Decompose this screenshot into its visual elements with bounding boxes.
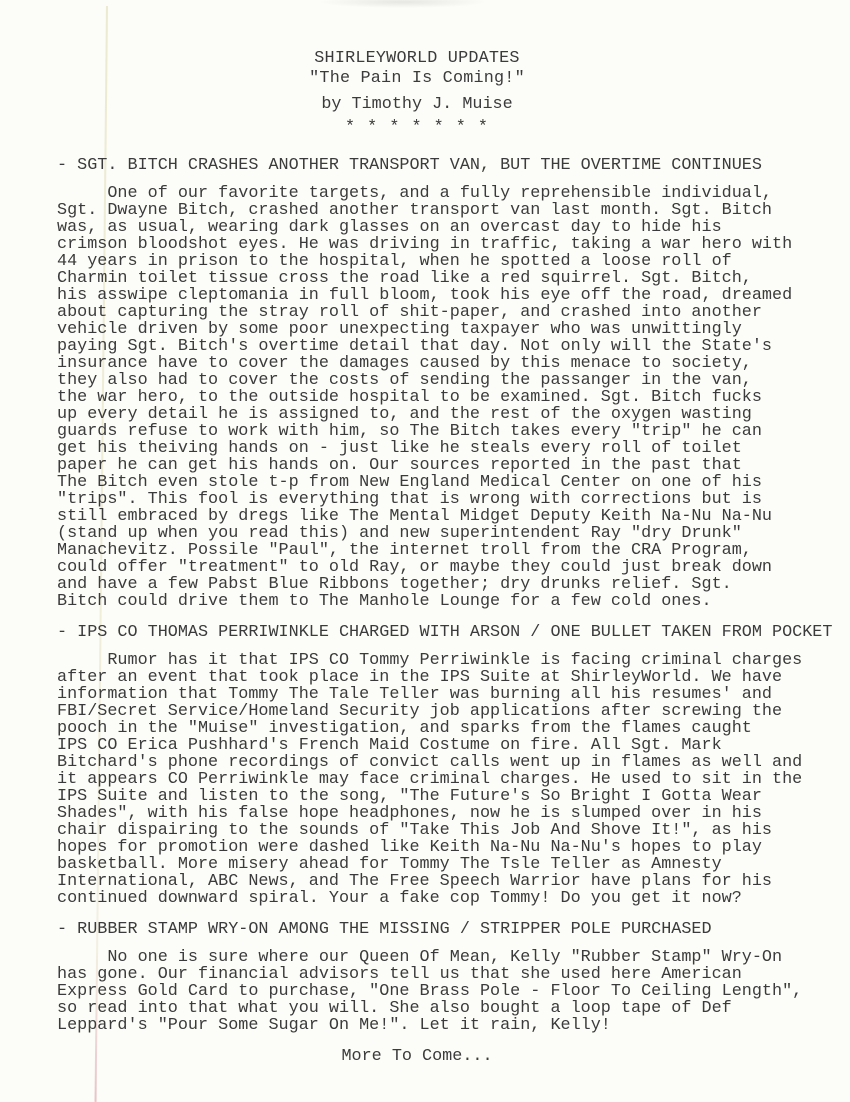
- section-body: One of our favorite targets, and a fully…: [57, 185, 833, 610]
- byline: by Timothy J. Muise: [57, 96, 777, 113]
- footer-text: More To Come...: [57, 1048, 777, 1065]
- newsletter-subtitle: "The Pain Is Coming!": [57, 69, 777, 89]
- section-heading: - RUBBER STAMP WRY-ON AMONG THE MISSING …: [57, 921, 833, 938]
- newsletter-title: SHIRLEYWORLD UPDATES: [57, 49, 777, 69]
- news-section-wry-on: - RUBBER STAMP WRY-ON AMONG THE MISSING …: [57, 921, 833, 1034]
- typewritten-newsletter-page: SHIRLEYWORLD UPDATES "The Pain Is Coming…: [0, 0, 850, 1102]
- news-section-perriwinkle: - IPS CO THOMAS PERRIWINKLE CHARGED WITH…: [57, 624, 833, 907]
- section-body: Rumor has it that IPS CO Tommy Perriwink…: [57, 652, 833, 907]
- news-section-sgt-bitch: - SGT. BITCH CRASHES ANOTHER TRANSPORT V…: [57, 157, 833, 610]
- page-content: SHIRLEYWORLD UPDATES "The Pain Is Coming…: [57, 0, 833, 1065]
- section-heading: - IPS CO THOMAS PERRIWINKLE CHARGED WITH…: [57, 624, 833, 641]
- asterisk-separator: * * * * * * *: [57, 119, 777, 136]
- newsletter-header: SHIRLEYWORLD UPDATES "The Pain Is Coming…: [57, 0, 777, 136]
- section-heading: - SGT. BITCH CRASHES ANOTHER TRANSPORT V…: [57, 157, 833, 174]
- section-body: No one is sure where our Queen Of Mean, …: [57, 949, 833, 1034]
